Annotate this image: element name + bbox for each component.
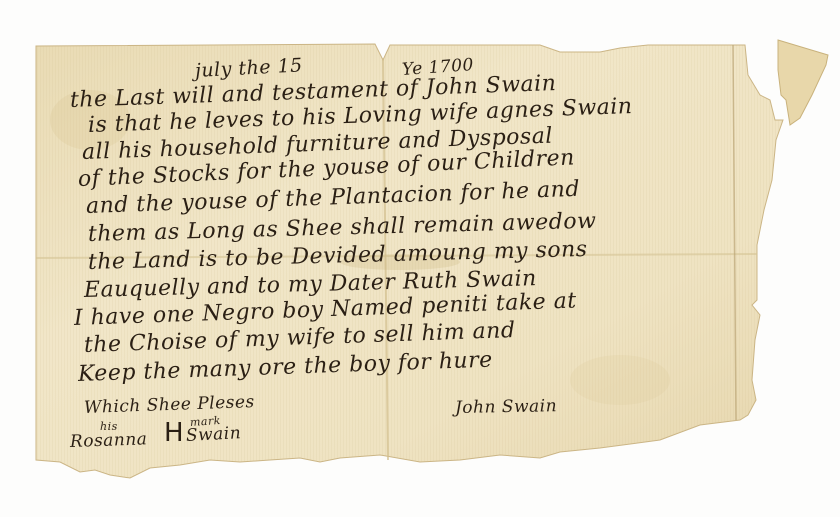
paper-sheet: july the 15 Ye 1700 the Last will and te… [0,0,840,517]
witness-mark-glyph: H [164,418,184,448]
witness-name: Rosanna [70,429,148,452]
witness-surname: Swain [185,423,241,446]
testator-signature: John Swain [455,396,557,418]
document-scan: july the 15 Ye 1700 the Last will and te… [0,0,840,517]
